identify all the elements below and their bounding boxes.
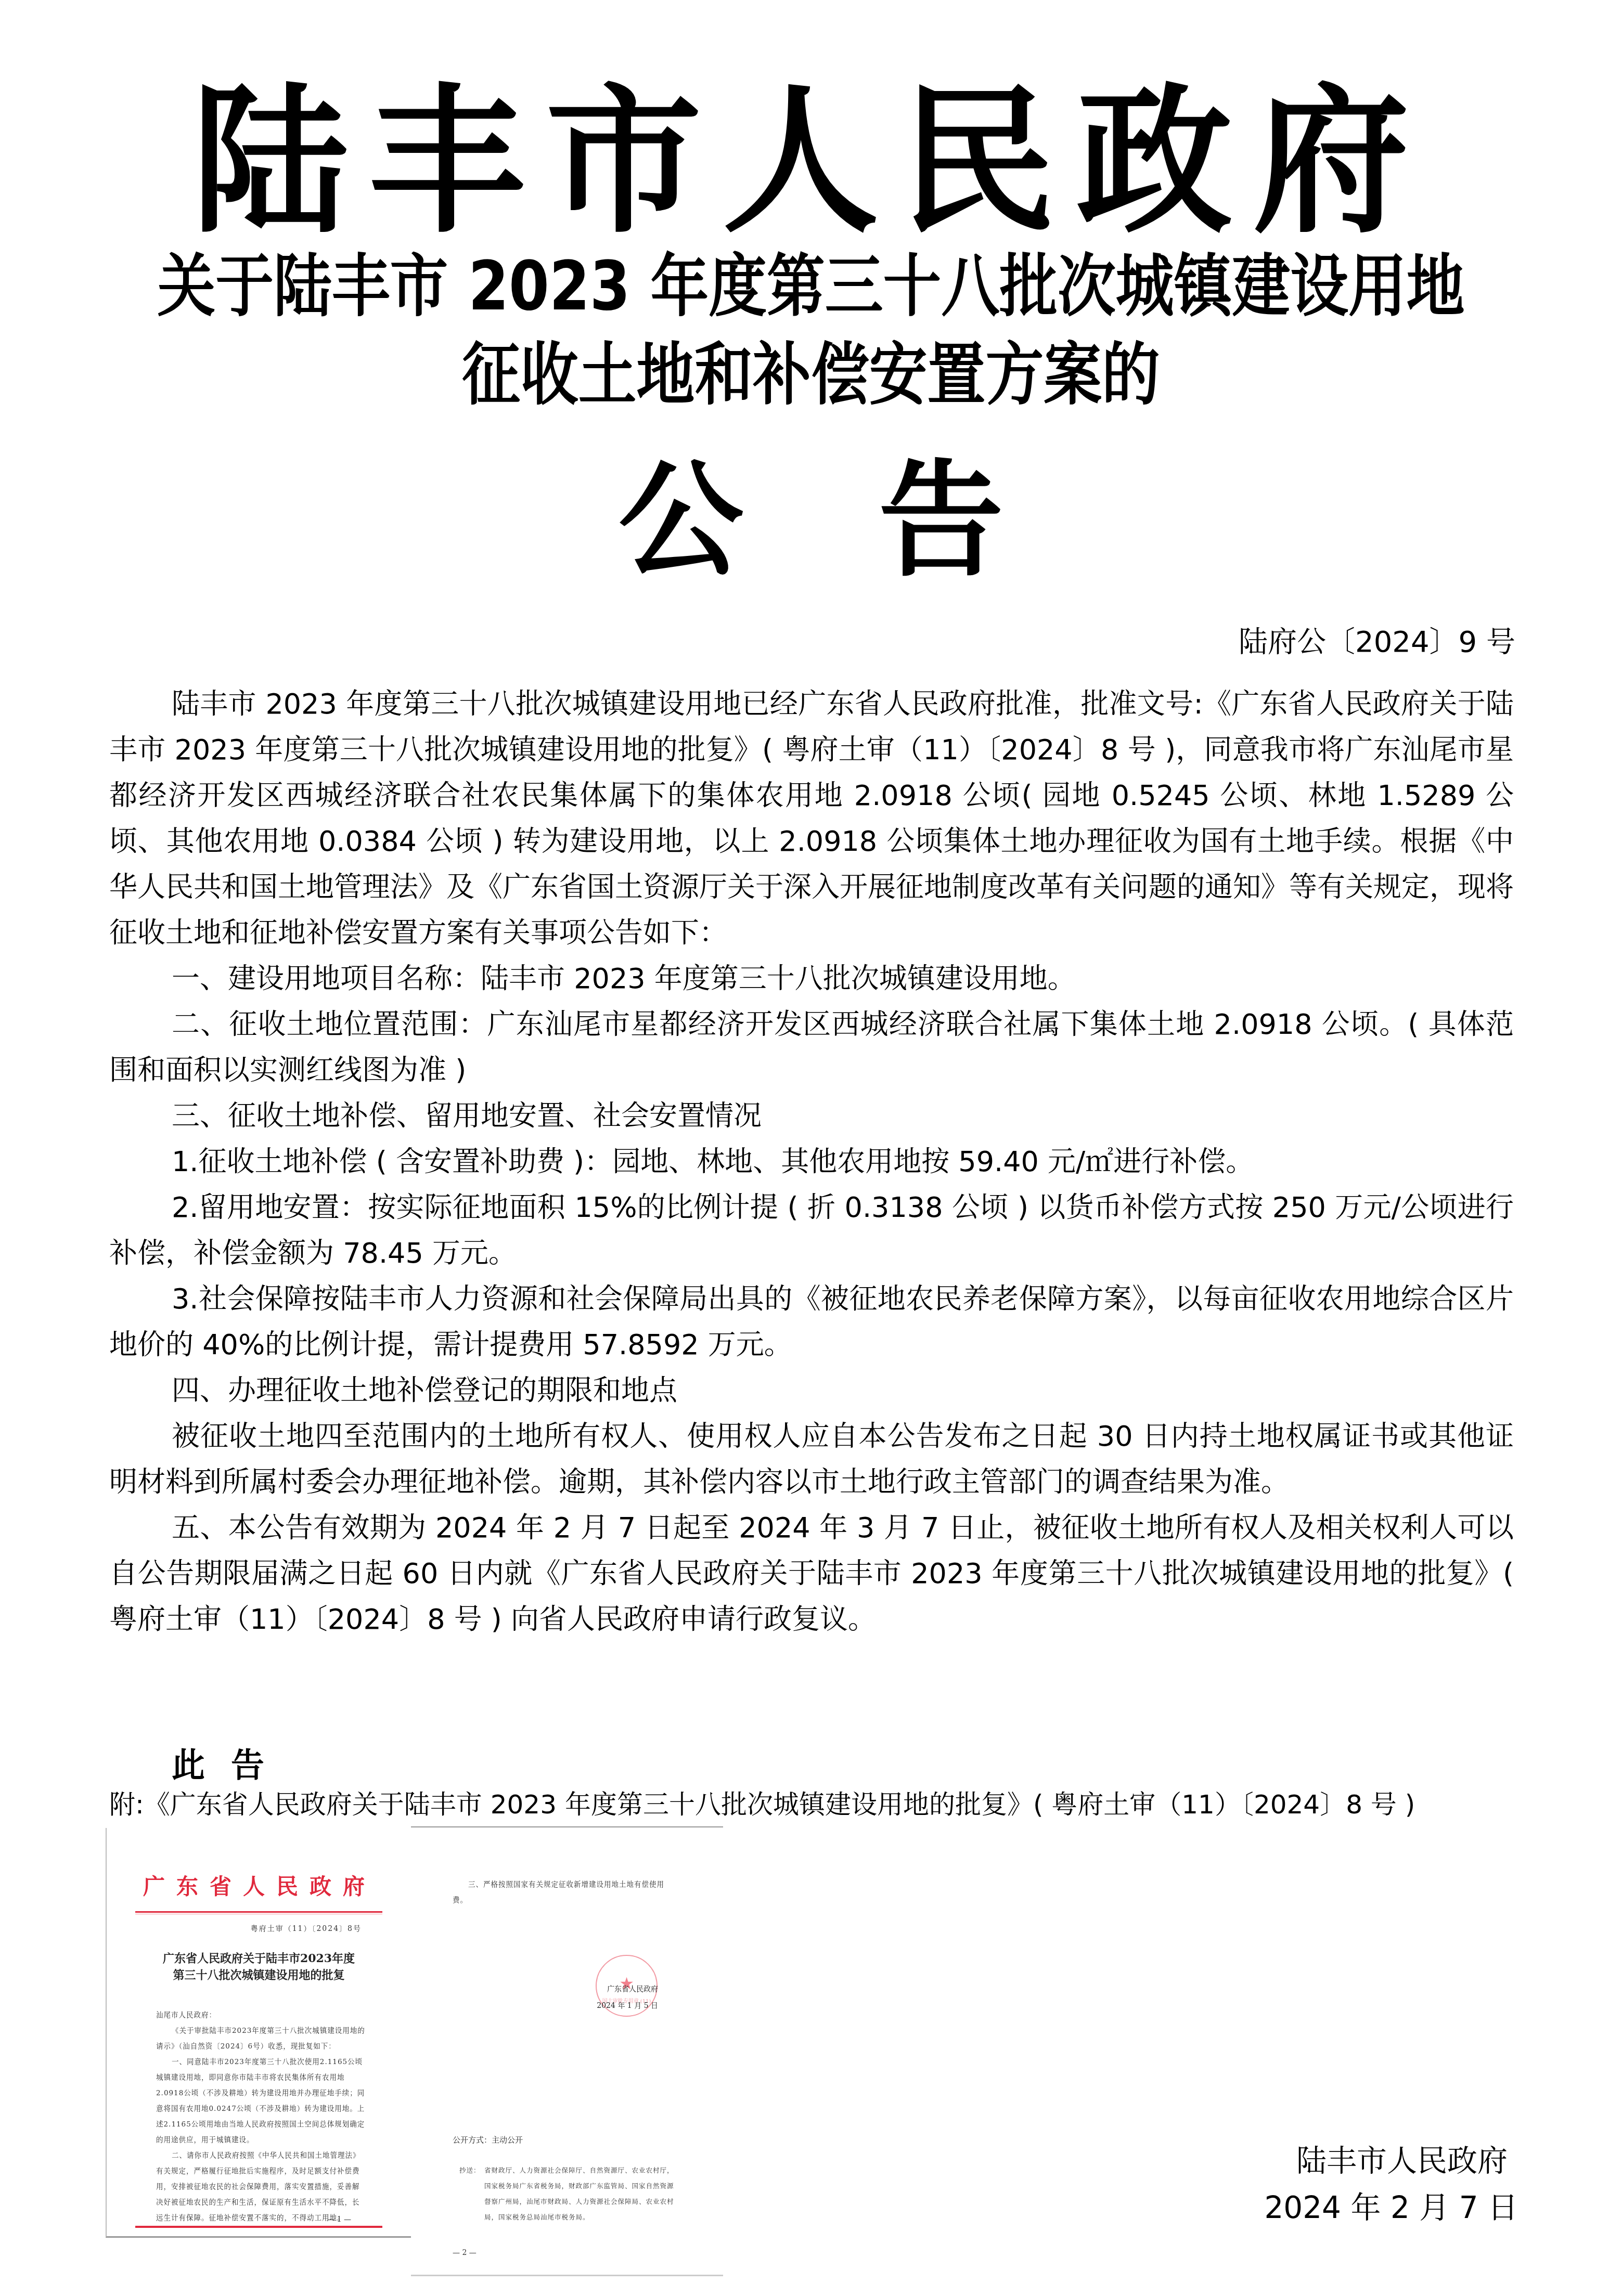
section-3-item-1: 1.征收土地补偿 ( 含安置补助费 )：园地、林地、其他农用地按 59.40 元… (109, 1139, 1514, 1185)
approval-doc-number: 粤府土审（11）〔2024〕8号 (251, 1923, 362, 1934)
subtitle-line-2: 征收土地和补偿安置方案的 (113, 333, 1508, 416)
approval-signature: 广东省人民政府 2024 年 1 月 5 日 (590, 1981, 658, 2014)
approval-title-line-2: 第三十八批次城镇建设用地的批复 (107, 1967, 411, 1983)
document-number: 陆府公〔2024〕9 号 (1239, 621, 1515, 663)
issuer-title: 陆丰市人民政府 (0, 71, 1622, 252)
subtitle-line-1: 关于陆丰市 2023 年度第三十八批次城镇建设用地 (113, 244, 1508, 328)
notice-title: 公告 (0, 447, 1622, 593)
footer-rule (135, 2226, 382, 2228)
letterhead-rule-thin (135, 1914, 382, 1914)
approval-para-3: 二、请你市人民政府按照《中华人民共和国土地管理法》有关规定，严格履行征地批后实施… (156, 2148, 367, 2226)
section-1: 一、建设用地项目名称：陆丰市 2023 年度第三十八批次城镇建设用地。 (109, 956, 1514, 1002)
approval-para-1: 《关于审批陆丰市2023年度第三十八批次城镇建设用地的请示》（汕自然资〔2024… (156, 2023, 367, 2054)
signature-date: 2024 年 2 月 7 日 (1264, 2187, 1518, 2228)
attachment-image-page-2: 三、严格按照国家有关规定征收新增建设用地土地有偿使用费。 ★ 国土审批专用章 (… (411, 1826, 723, 2276)
page-number: — 1 — (327, 2215, 351, 2224)
letterhead: 广东省人民政府 (143, 1870, 376, 1901)
approval-title-line-1: 广东省人民政府关于陆丰市2023年度 (107, 1950, 411, 1967)
approval-body: 汕尾市人民政府： 《关于审批陆丰市2023年度第三十八批次城镇建设用地的请示》（… (156, 2007, 367, 2226)
section-4-heading: 四、办理征收土地补偿登记的期限和地点 (109, 1368, 1514, 1413)
section-3-heading: 三、征收土地补偿、留用地安置、社会安置情况 (109, 1093, 1514, 1139)
addressee: 汕尾市人民政府： (156, 2007, 367, 2023)
cc-list: 抄送： 省财政厅、人力资源社会保障厅、自然资源厅、农业农村厅，国家税务局广东省税… (459, 2163, 678, 2225)
letterhead-rule (135, 1911, 382, 1913)
page-number: — 2 — (453, 2249, 477, 2257)
signature-org: 陆丰市人民政府 (1296, 2140, 1508, 2182)
attachment-reference: 附:《广东省人民政府关于陆丰市 2023 年度第三十八批次城镇建设用地的批复》(… (109, 1784, 1415, 1825)
approval-title: 广东省人民政府关于陆丰市2023年度 第三十八批次城镇建设用地的批复 (107, 1950, 411, 1983)
cc-text: 省财政厅、人力资源社会保障厅、自然资源厅、农业农村厅，国家税务局广东省税务局，财… (484, 2163, 678, 2225)
section-5: 五、本公告有效期为 2024 年 2 月 7 日起至 2024 年 3 月 7 … (109, 1505, 1514, 1642)
section-2: 二、征收土地位置范围：广东汕尾市星都经济开发区西城经济联合社属下集体土地 2.0… (109, 1002, 1514, 1093)
section-3-item-2: 2.留用地安置：按实际征地面积 15%的比例计提 ( 折 0.3138 公顷 )… (109, 1185, 1514, 1276)
closing-statement: 此告 (172, 1742, 290, 1789)
approval-para-4-text: 三、严格按照国家有关规定征收新增建设用地土地有偿使用费。 (453, 1877, 676, 1908)
approval-para-2: 一、同意陆丰市2023年度第三十八批次使用2.1165公顷城镇建设用地，即同意你… (156, 2054, 367, 2148)
approval-date: 2024 年 1 月 5 日 (590, 1997, 658, 2014)
intro-paragraph: 陆丰市 2023 年度第三十八批次城镇建设用地已经广东省人民政府批准，批准文号:… (109, 681, 1514, 956)
attachment-image-page-1: 广东省人民政府 粤府土审（11）〔2024〕8号 广东省人民政府关于陆丰市202… (106, 1828, 411, 2238)
section-4-body: 被征收土地四至范围内的土地所有权人、使用权人应自本公告发布之日起 30 日内持土… (109, 1413, 1514, 1505)
publicity-mode: 公开方式：主动公开 (453, 2134, 523, 2145)
approval-para-4: 三、严格按照国家有关规定征收新增建设用地土地有偿使用费。 (453, 1877, 676, 1908)
cc-label: 抄送： (459, 2163, 481, 2178)
section-3-item-3: 3.社会保障按陆丰市人力资源和社会保障局出具的《被征地农民养老保障方案》，以每亩… (109, 1276, 1514, 1368)
notice-body: 陆丰市 2023 年度第三十八批次城镇建设用地已经广东省人民政府批准，批准文号:… (109, 681, 1514, 1642)
approval-signer: 广东省人民政府 (590, 1981, 658, 1997)
